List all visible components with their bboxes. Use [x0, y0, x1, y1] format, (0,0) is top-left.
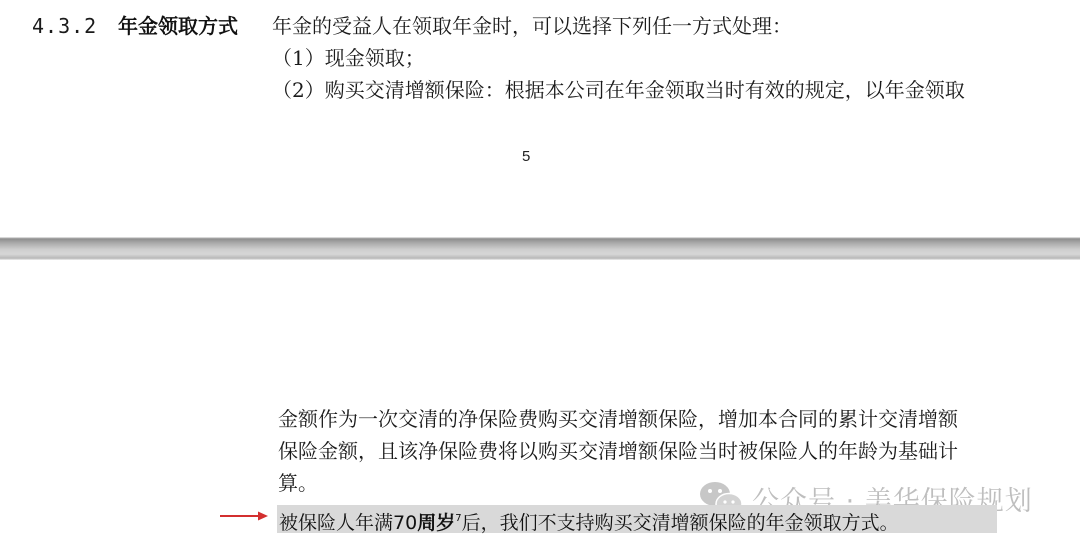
continuation-line-1: 金额作为一次交清的净保险费购买交清增额保险，增加本合同的累计交清增额 — [278, 405, 958, 433]
note-suffix: 后，我们不支持购买交清增额保险的年金领取方式。 — [462, 512, 899, 534]
clause-title: 年金领取方式 — [118, 12, 238, 40]
document-page-top: 4.3.2 年金领取方式 年金的受益人在领取年金时，可以选择下列任一方式处理： … — [0, 0, 1080, 238]
clause-number: 4.3.2 — [32, 12, 97, 40]
clause-option-1: （1）现金领取； — [272, 44, 425, 72]
clause-intro: 年金的受益人在领取年金时，可以选择下列任一方式处理： — [272, 12, 792, 40]
note-age-unit: 周岁 — [417, 512, 455, 534]
note-prefix: 被保险人年满 — [279, 512, 393, 534]
highlighted-note: 被保险人年满70周岁7后，我们不支持购买交清增额保险的年金领取方式。 — [279, 505, 899, 537]
clause-option-2: （2）购买交清增额保险：根据本公司在年金领取当时有效的规定，以年金领取 — [272, 76, 965, 104]
note-age: 70 — [393, 512, 417, 534]
red-arrow-icon — [220, 510, 268, 522]
continuation-line-3: 算。 — [278, 469, 318, 497]
page-separator — [0, 237, 1080, 260]
continuation-line-2: 保险金额，且该净保险费将以购买交清增额保险当时被保险人的年龄为基础计 — [278, 437, 958, 465]
page-number: 5 — [522, 148, 530, 165]
